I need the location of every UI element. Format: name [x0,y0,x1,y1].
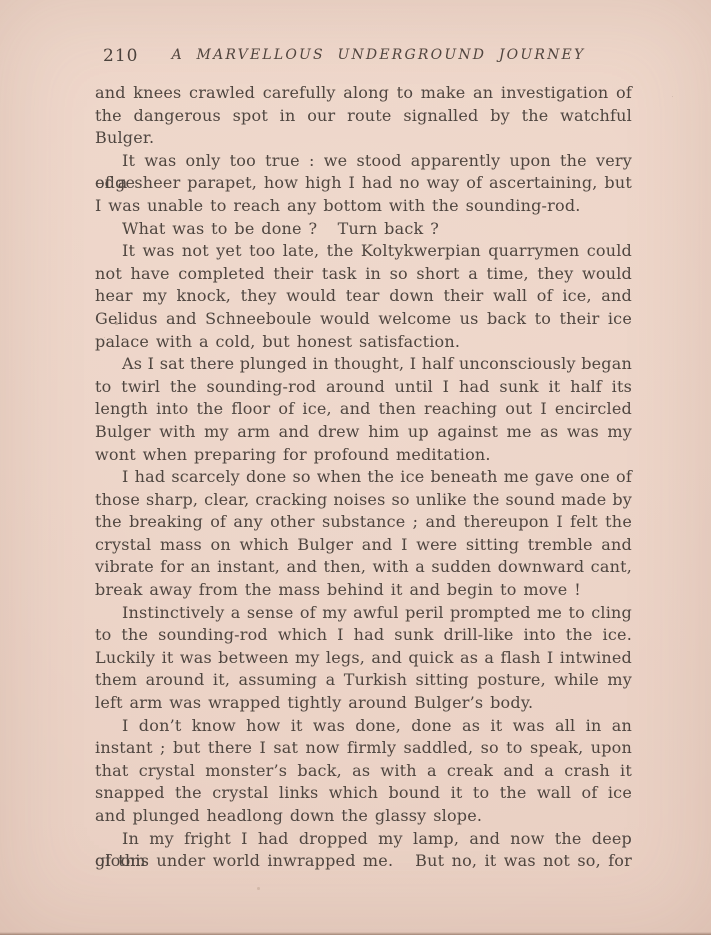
text-line: Bulger with my arm and drew him up again… [95,421,632,444]
text-line: the dangerous spot in our route signalle… [95,105,632,128]
text-line: break away from the mass behind it and b… [95,579,632,602]
paragraph: It was only too true : we stood apparent… [95,150,632,218]
text-line: vibrate for an instant, and then, with a… [95,556,632,579]
text-line: instant ; but there I sat now firmly sad… [95,737,632,760]
paragraph: It was not yet too late, the Koltykwerpi… [95,240,632,353]
paragraph: Instinctively a sense of my awful peril … [95,602,632,715]
text-line: What was to be done ? Turn back ? [95,218,632,241]
text-line: them around it, assuming a Turkish sitti… [95,669,632,692]
text-line: of a sheer parapet, how high I had no wa… [95,172,632,195]
text-line: Bulger. [95,127,632,150]
book-page-scan: 210 A MARVELLOUS UNDERGROUND JOURNEY and… [0,0,711,935]
paragraph: I don’t know how it was done, done as it… [95,715,632,828]
text-line: It was not yet too late, the Koltykwerpi… [95,240,632,263]
text-line: length into the floor of ice, and then r… [95,398,632,421]
text-line: hear my knock, they would tear down thei… [95,285,632,308]
text-line: to twirl the sounding-rod around until I… [95,376,632,399]
text-line: crystal mass on which Bulger and I were … [95,534,632,557]
text-block: and knees crawled carefully along to mak… [95,82,632,873]
text-line: of this under world inwrapped me. But no… [95,850,632,873]
paragraph: and knees crawled carefully along to mak… [95,82,632,150]
paragraph: What was to be done ? Turn back ? [95,218,632,241]
paragraph: As I sat there plunged in thought, I hal… [95,353,632,466]
text-line: wont when preparing for profound meditat… [95,444,632,467]
text-line: the breaking of any other substance ; an… [95,511,632,534]
text-line: I don’t know how it was done, done as it… [95,715,632,738]
text-line: I had scarcely done so when the ice bene… [95,466,632,489]
text-line: snapped the crystal links which bound it… [95,782,632,805]
text-line: I was unable to reach any bottom with th… [95,195,632,218]
text-line: Instinctively a sense of my awful peril … [95,602,632,625]
running-title: A MARVELLOUS UNDERGROUND JOURNEY [125,47,632,63]
text-line: not have completed their task in so shor… [95,263,632,286]
text-line: It was only too true : we stood apparent… [95,150,632,173]
text-line: palace with a cold, but honest satisfact… [95,331,632,354]
paragraph: In my fright I had dropped my lamp, and … [95,828,632,873]
scan-speckle-texture [0,0,1,1]
text-line: In my fright I had dropped my lamp, and … [95,828,632,851]
running-header: 210 A MARVELLOUS UNDERGROUND JOURNEY [95,46,632,68]
text-line: As I sat there plunged in thought, I hal… [95,353,632,376]
text-line: and knees crawled carefully along to mak… [95,82,632,105]
paragraph: I had scarcely done so when the ice bene… [95,466,632,602]
text-line: left arm was wrapped tightly around Bulg… [95,692,632,715]
text-line: Luckily it was between my legs, and quic… [95,647,632,670]
text-line: those sharp, clear, cracking noises so u… [95,489,632,512]
text-line: and plunged headlong down the glassy slo… [95,805,632,828]
text-line: to the sounding-rod which I had sunk dri… [95,624,632,647]
text-line: that crystal monster’s back, as with a c… [95,760,632,783]
text-line: Gelidus and Schneeboule would welcome us… [95,308,632,331]
